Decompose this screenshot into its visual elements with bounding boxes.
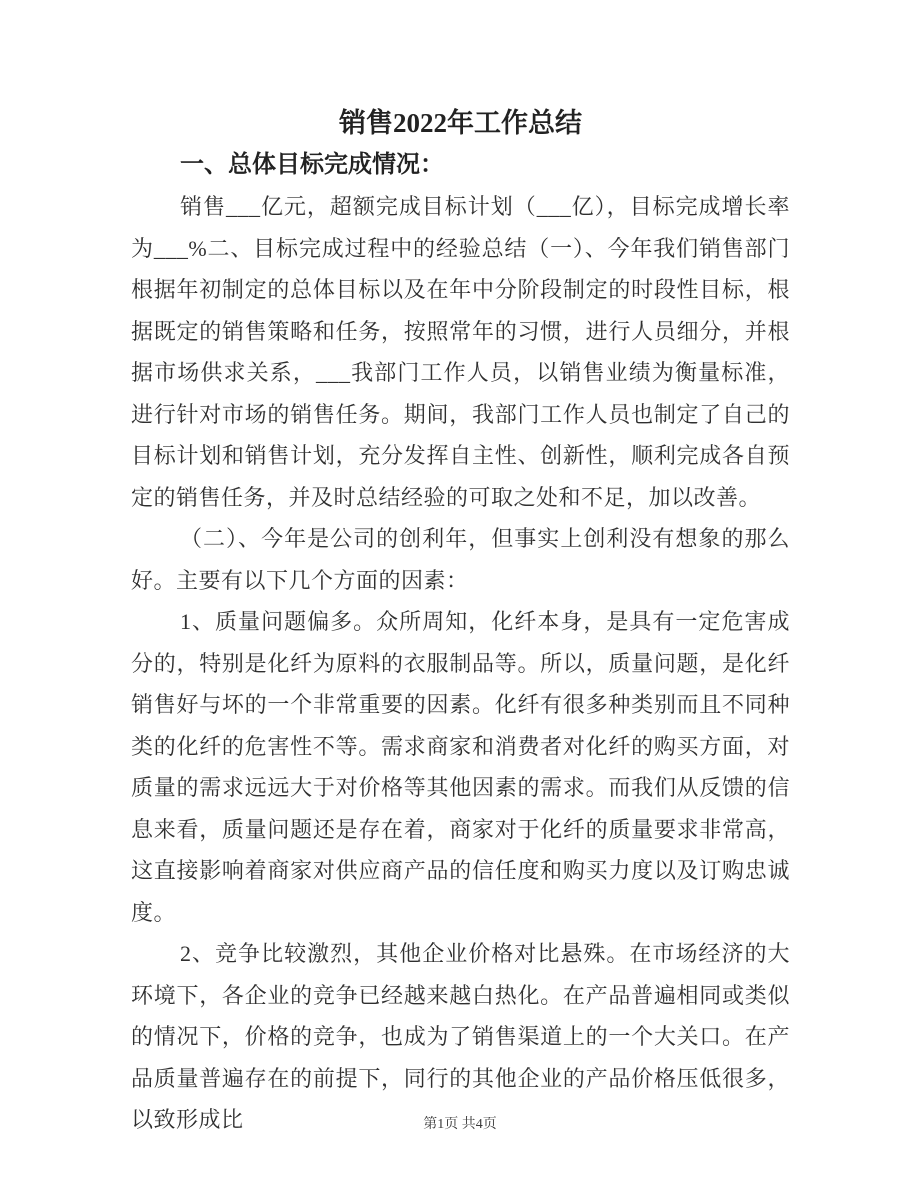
section-heading: 一、总体目标完成情况： [131,144,790,186]
page-footer: 第1页 共4页 [0,1116,920,1134]
document-content: 销售2022年工作总结 一、总体目标完成情况： 销售___亿元，超额完成目标计划… [131,102,790,1141]
document-page: 销售2022年工作总结 一、总体目标完成情况： 销售___亿元，超额完成目标计划… [0,0,920,1191]
document-title: 销售2022年工作总结 [131,102,790,144]
paragraph-competition: 2、竞争比较激烈，其他企业价格对比悬殊。在市场经济的大环境下，各企业的竞争已经越… [131,933,790,1141]
paragraph-quality-issues: 1、质量问题偏多。众所周知，化纤本身，是具有一定危害成分的，特别是化纤为原料的衣… [131,601,790,933]
paragraph-goal-completion: 销售___亿元，超额完成目标计划（___亿），目标完成增长率为___%二、目标完… [131,186,790,518]
paragraph-profit-year: （二）、今年是公司的创利年，但事实上创利没有想象的那么好。主要有以下几个方面的因… [131,518,790,601]
